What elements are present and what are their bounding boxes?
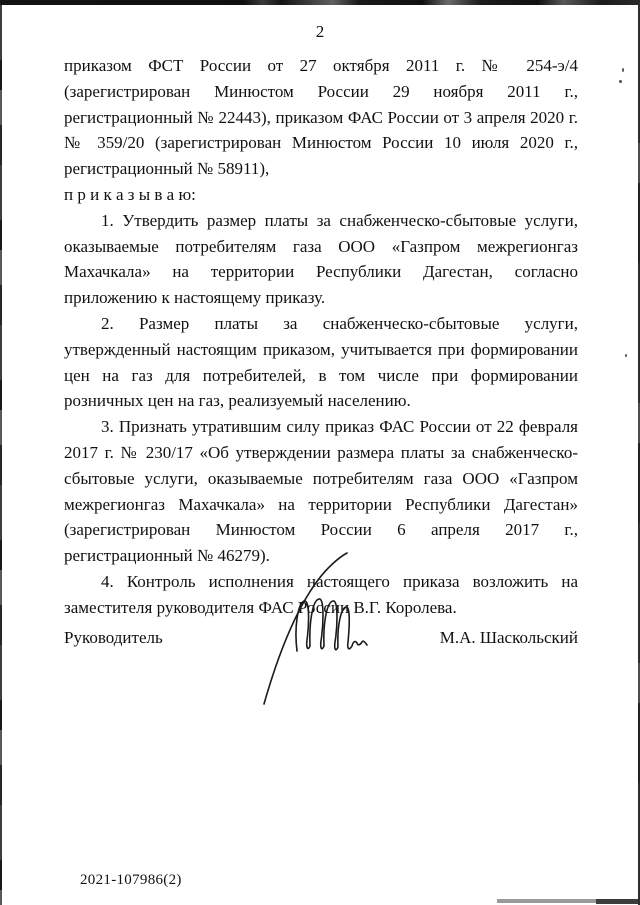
page-number: 2 bbox=[0, 22, 640, 42]
scanned-document-page: { "page": { "number": "2", "footer_code"… bbox=[0, 0, 640, 905]
scan-artifact-top-edge bbox=[0, 0, 640, 5]
scan-artifact-left-edge bbox=[0, 5, 2, 905]
scan-speck bbox=[619, 80, 622, 83]
document-body: приказом ФСТ России от 27 октября 2011 г… bbox=[64, 53, 578, 621]
paragraph-order-item-1: 1. Утвердить размер платы за снабженческ… bbox=[64, 208, 578, 311]
paragraph-order-item-2: 2. Размер платы за снабженческо-сбытовые… bbox=[64, 311, 578, 414]
signature-row: Руководитель М.А. Шаскольский bbox=[64, 628, 578, 648]
footer-document-code: 2021-107986(2) bbox=[80, 872, 182, 889]
scan-speck bbox=[625, 354, 627, 357]
paragraph-preamble-continuation: приказом ФСТ России от 27 октября 2011 г… bbox=[64, 53, 578, 182]
paragraph-prikazyvayu: п р и к а з ы в а ю: bbox=[64, 182, 578, 208]
scan-artifact-bottom-band-light bbox=[497, 899, 598, 903]
paragraph-order-item-3: 3. Признать утратившим силу приказ ФАС Р… bbox=[64, 414, 578, 569]
signature-role-label: Руководитель bbox=[64, 628, 163, 648]
scan-speck bbox=[622, 68, 624, 72]
signature-name: М.А. Шаскольский bbox=[440, 628, 578, 648]
scan-artifact-bottom-band-dark bbox=[596, 899, 638, 904]
